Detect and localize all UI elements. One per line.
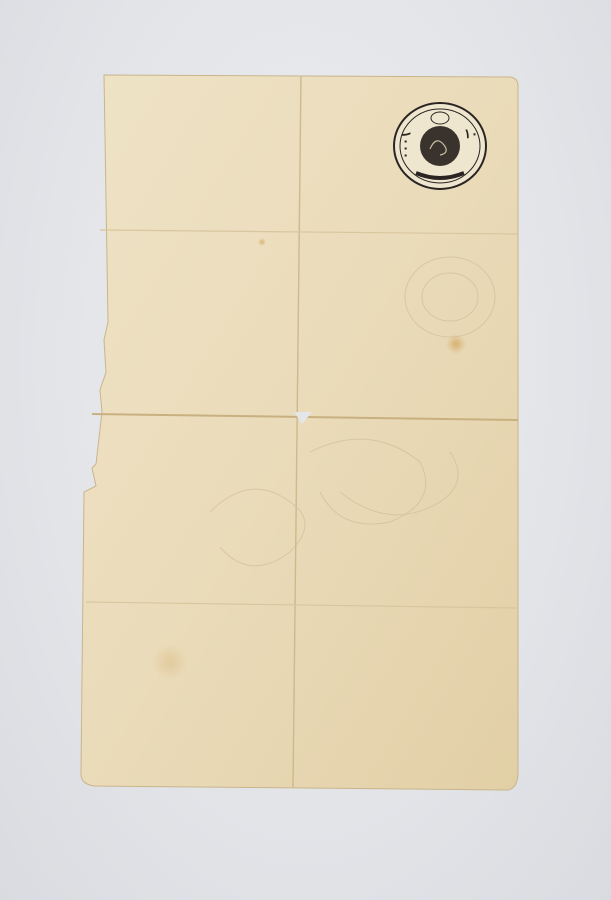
stamp-value-left: ١٠٠٠: [398, 131, 413, 159]
revenue-stamp: ١٠٠٠ ١٠: [392, 101, 488, 191]
stamp-value-right: ١٠: [464, 127, 478, 142]
